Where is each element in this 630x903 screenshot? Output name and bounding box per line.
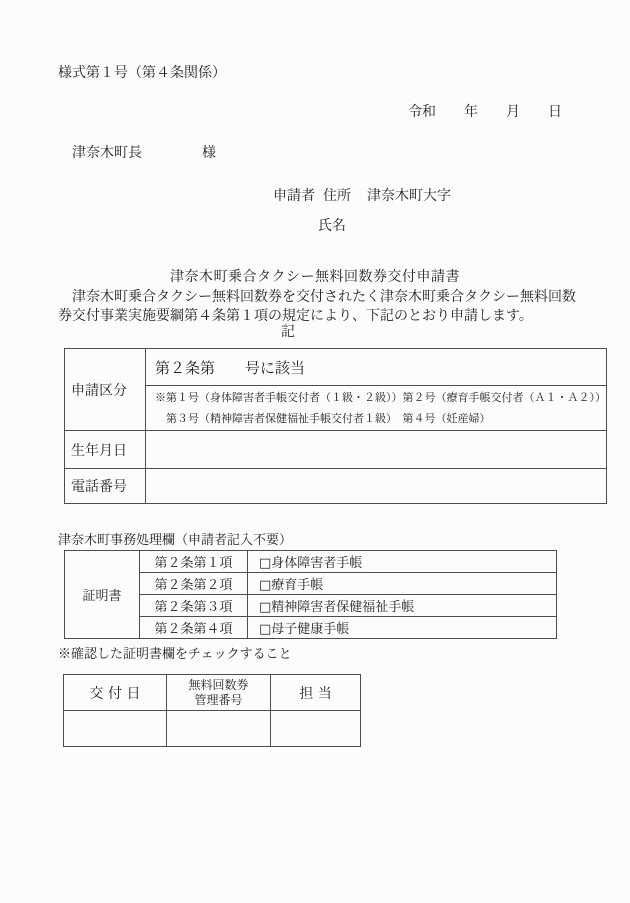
clause-cell: 第２条第１項 xyxy=(140,551,248,573)
check-label: 身体障害者手帳 xyxy=(271,556,362,571)
addressee-line: 津奈木町長様 xyxy=(72,142,216,162)
birthdate-label-cell: 生年月日 xyxy=(65,431,146,469)
issue-date-header: 交 付 日 xyxy=(64,675,167,711)
issue-date-value-cell xyxy=(64,711,167,747)
category-label-cell: 申請区分 xyxy=(65,349,146,431)
check-cell: □母子健康手帳 xyxy=(248,617,557,639)
clause-blank-cell: 第２条第 号に該当 xyxy=(146,349,607,386)
table-row: 電話番号 xyxy=(65,469,607,504)
check-cell: □療育手帳 xyxy=(248,573,557,595)
clause-cell: 第２条第４項 xyxy=(140,617,248,639)
check-label: 母子健康手帳 xyxy=(271,622,349,637)
ticket-number-header: 無料回数券 管理番号 xyxy=(167,675,271,711)
record-marker: 記 xyxy=(0,321,576,341)
address-label: 住所 xyxy=(323,188,351,204)
table-row: 証明書 第２条第１項 □身体障害者手帳 xyxy=(65,551,557,573)
ticket-number-header-line1: 無料回数券 xyxy=(167,678,270,693)
document-title: 津奈木町乗合タクシー無料回数券交付申請書 xyxy=(0,266,630,286)
phone-label-cell: 電話番号 xyxy=(65,469,146,504)
form-page: 様式第１号（第４条関係） 令和 年 月 日 津奈木町長様 申請者住所津奈木町大字… xyxy=(0,0,630,903)
certificate-label-cell: 証明書 xyxy=(65,551,140,639)
issue-table: 交 付 日 無料回数券 管理番号 担 当 xyxy=(63,674,361,747)
date-line: 令和 年 月 日 xyxy=(408,101,562,121)
check-label: 療育手帳 xyxy=(271,578,323,593)
certificate-table: 証明書 第２条第１項 □身体障害者手帳 第２条第２項 □療育手帳 第２条第３項 … xyxy=(64,550,557,639)
form-number: 様式第１号（第４条関係） xyxy=(58,62,226,82)
clause-cell: 第２条第３項 xyxy=(140,595,248,617)
ticket-number-header-line2: 管理番号 xyxy=(167,693,270,708)
office-section-heading: 津奈木町事務処理欄（申請者記入不要） xyxy=(58,529,292,548)
check-cell: □身体障害者手帳 xyxy=(248,551,557,573)
application-table: 申請区分 第２条第 号に該当 ※第１号（身体障害者手帳交付者（１級・２級））第２… xyxy=(64,348,607,504)
table-row: ※第１号（身体障害者手帳交付者（１級・２級））第２号（療育手帳交付者（Ａ１・Ａ２… xyxy=(65,386,607,431)
applicant-address-line: 申請者住所津奈木町大字 xyxy=(273,185,451,205)
addressee-honorific: 様 xyxy=(202,145,216,161)
table-row xyxy=(64,711,361,747)
staff-header: 担 当 xyxy=(271,675,361,711)
note-line-2: 第３号（精神障害者保健福祉手帳交付者１級） 第４号（妊産婦） xyxy=(155,408,606,429)
check-label: 精神障害者保健福祉手帳 xyxy=(271,600,414,615)
birthdate-value-cell xyxy=(146,431,607,469)
staff-value-cell xyxy=(271,711,361,747)
addressee-name: 津奈木町長 xyxy=(72,145,142,161)
checkbox-icon: □ xyxy=(259,556,271,571)
body-paragraph: 津奈木町乗合タクシー無料回数券を交付されたく津奈木町乗合タクシー無料回数 券交付… xyxy=(58,288,576,325)
checkbox-icon: □ xyxy=(259,578,271,593)
applicant-label: 申請者 xyxy=(273,188,315,204)
body-line-1: 津奈木町乗合タクシー無料回数券を交付されたく津奈木町乗合タクシー無料回数 xyxy=(58,288,576,307)
office-section-note: ※確認した証明書欄をチェックすること xyxy=(58,643,292,662)
note-line-1: ※第１号（身体障害者手帳交付者（１級・２級））第２号（療育手帳交付者（Ａ１・Ａ２… xyxy=(155,387,606,408)
table-row: 生年月日 xyxy=(65,431,607,469)
checkbox-icon: □ xyxy=(259,600,271,615)
category-note-cell: ※第１号（身体障害者手帳交付者（１級・２級））第２号（療育手帳交付者（Ａ１・Ａ２… xyxy=(146,386,607,431)
applicant-name-label: 氏名 xyxy=(318,215,346,235)
table-header-row: 交 付 日 無料回数券 管理番号 担 当 xyxy=(64,675,361,711)
address-value: 津奈木町大字 xyxy=(367,188,451,204)
phone-value-cell xyxy=(146,469,607,504)
clause-cell: 第２条第２項 xyxy=(140,573,248,595)
checkbox-icon: □ xyxy=(259,622,271,637)
table-row: 申請区分 第２条第 号に該当 xyxy=(65,349,607,386)
check-cell: □精神障害者保健福祉手帳 xyxy=(248,595,557,617)
ticket-number-value-cell xyxy=(167,711,271,747)
